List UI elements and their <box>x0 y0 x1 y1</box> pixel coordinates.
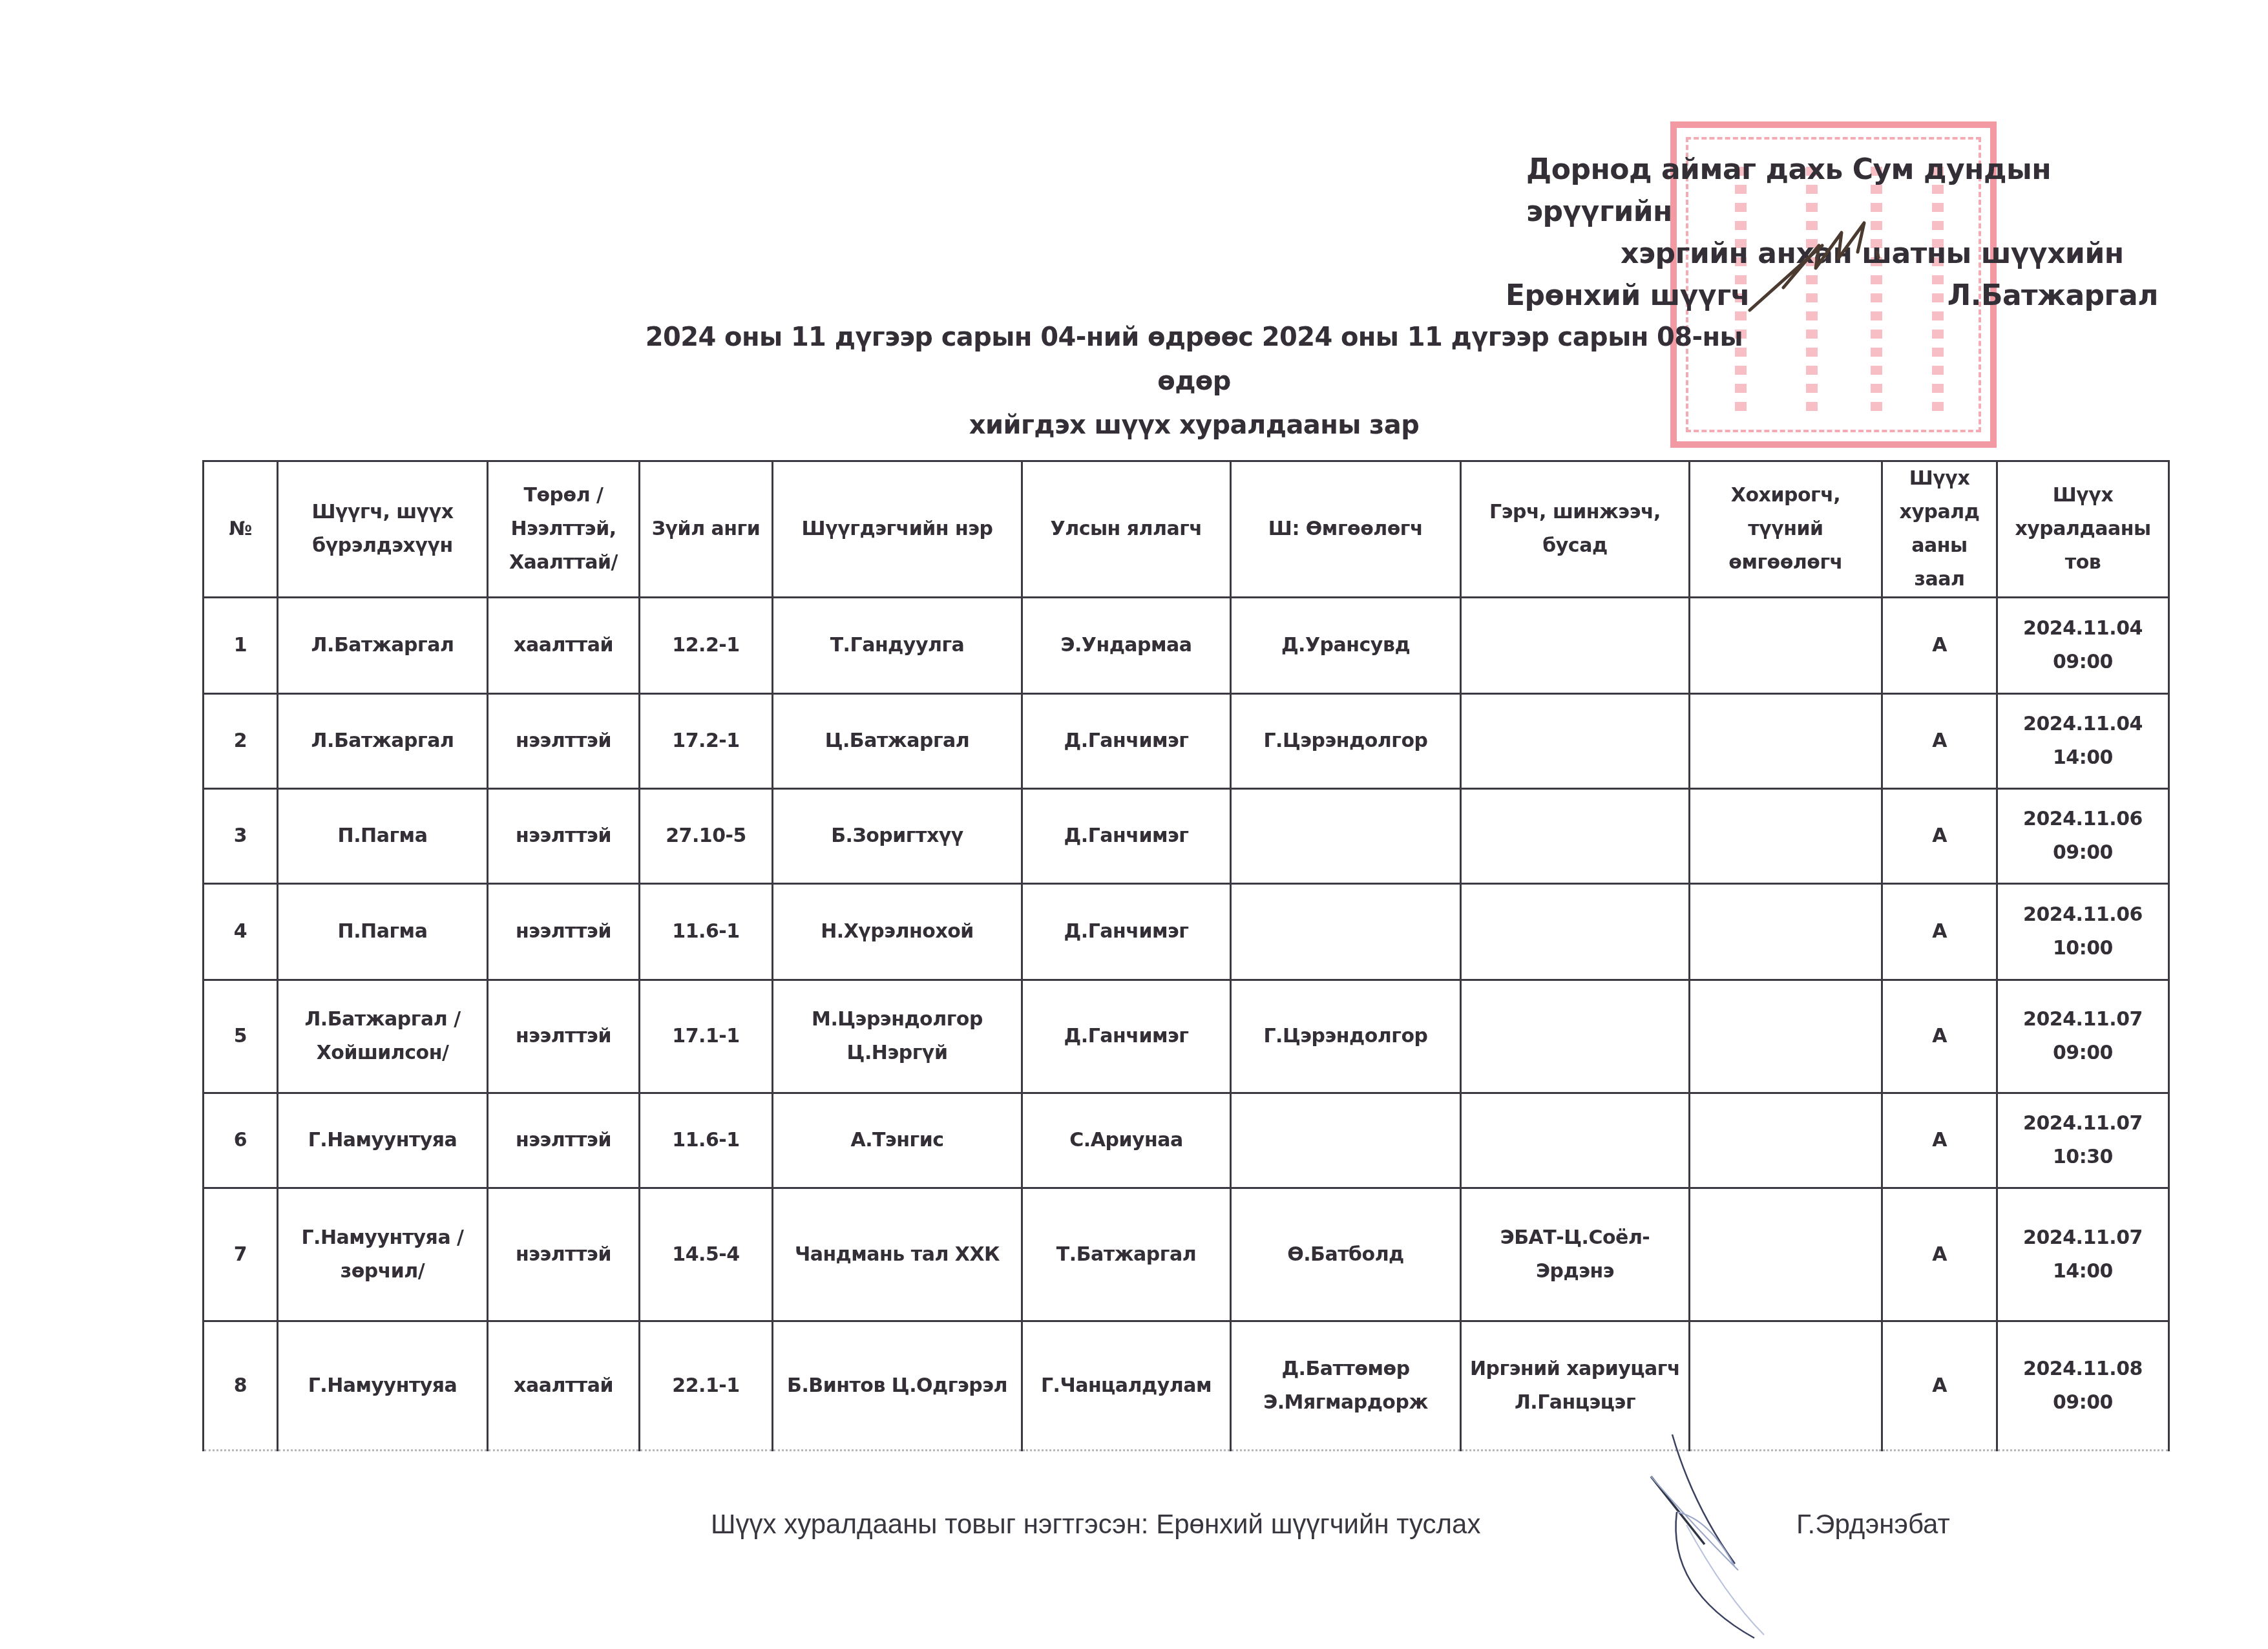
cell-hall: А <box>1882 789 1997 884</box>
cell-hearing-datetime: 2024.11.0409:00 <box>1997 598 2169 694</box>
hearing-date: 2024.11.07 <box>2002 1107 2164 1140</box>
cell-hall: А <box>1882 598 1997 694</box>
cell-prosecutor: Д.Ганчимэг <box>1022 789 1231 884</box>
hearing-date: 2024.11.07 <box>2002 1221 2164 1255</box>
cell-prosecutor: Д.Ганчимэг <box>1022 884 1231 980</box>
cell-type: нээлттэй <box>488 1093 640 1188</box>
table-row: 8Г.Намуунтуяахаалттай22.1-1Б.Винтов Ц.Од… <box>204 1321 2169 1451</box>
cell-witness <box>1461 694 1690 789</box>
cell-prosecutor: Э.Ундармаа <box>1022 598 1231 694</box>
cell-judge: Г.Намуунтуяа <box>278 1321 488 1451</box>
cell-witness <box>1461 884 1690 980</box>
cell-no: 4 <box>204 884 278 980</box>
cell-no: 7 <box>204 1188 278 1321</box>
column-header: Зүйл анги <box>640 461 773 598</box>
cell-defense: Д.Баттөмөр Э.Мягмардорж <box>1231 1321 1461 1451</box>
table-row: 7Г.Намуунтуяа /зөрчил/нээлттэй14.5-4Чанд… <box>204 1188 2169 1321</box>
column-header: Төрөл /Нээлттэй, Хаалттай/ <box>488 461 640 598</box>
assistant-name: Г.Эрдэнэбат <box>1796 1509 1950 1540</box>
cell-article: 14.5-4 <box>640 1188 773 1321</box>
cell-judge: Г.Намуунтуяа /зөрчил/ <box>278 1188 488 1321</box>
cell-defense: Г.Цэрэндолгор <box>1231 694 1461 789</box>
cell-defendant: Чандмань тал ХХК <box>773 1188 1022 1321</box>
cell-article: 11.6-1 <box>640 1093 773 1188</box>
cell-type: хаалттай <box>488 1321 640 1451</box>
cell-victim <box>1690 694 1882 789</box>
cell-victim <box>1690 980 1882 1093</box>
cell-judge: П.Пагма <box>278 884 488 980</box>
cell-defendant: Н.Хүрэлнохой <box>773 884 1022 980</box>
hearing-date: 2024.11.04 <box>2002 708 2164 741</box>
hearing-time: 10:00 <box>2002 932 2164 965</box>
cell-hearing-datetime: 2024.11.0414:00 <box>1997 694 2169 789</box>
cell-prosecutor: Т.Батжаргал <box>1022 1188 1231 1321</box>
cell-type: нээлттэй <box>488 884 640 980</box>
cell-no: 5 <box>204 980 278 1093</box>
cell-article: 22.1-1 <box>640 1321 773 1451</box>
cell-defendant: Б.Винтов Ц.Одгэрэл <box>773 1321 1022 1451</box>
hearing-time: 09:00 <box>2002 836 2164 870</box>
cell-hearing-datetime: 2024.11.0610:00 <box>1997 884 2169 980</box>
column-header: № <box>204 461 278 598</box>
cell-witness <box>1461 789 1690 884</box>
table-row: 1Л.Батжаргалхаалттай12.2-1Т.ГандуулгаЭ.У… <box>204 598 2169 694</box>
cell-type: нээлттэй <box>488 789 640 884</box>
hearing-date: 2024.11.06 <box>2002 803 2164 836</box>
cell-defense: Ө.Батболд <box>1231 1188 1461 1321</box>
hearing-date: 2024.11.06 <box>2002 898 2164 932</box>
hearing-schedule-table: №Шүүгч, шүүх бүрэлдэхүүнТөрөл /Нээлттэй,… <box>202 460 2170 1451</box>
cell-judge: Л.Батжаргал <box>278 694 488 789</box>
cell-article: 12.2-1 <box>640 598 773 694</box>
cell-defendant: А.Тэнгис <box>773 1093 1022 1188</box>
cell-witness <box>1461 1093 1690 1188</box>
cell-type: нээлттэй <box>488 980 640 1093</box>
cell-judge: Г.Намуунтуяа <box>278 1093 488 1188</box>
cell-defense <box>1231 1093 1461 1188</box>
hearing-time: 09:00 <box>2002 1386 2164 1420</box>
cell-article: 11.6-1 <box>640 884 773 980</box>
cell-victim <box>1690 884 1882 980</box>
cell-prosecutor: Г.Чанцалдулам <box>1022 1321 1231 1451</box>
cell-victim <box>1690 598 1882 694</box>
hearing-time: 10:30 <box>2002 1140 2164 1174</box>
table-row: 2Л.Батжаргалнээлттэй17.2-1Ц.БатжаргалД.Г… <box>204 694 2169 789</box>
cell-witness <box>1461 598 1690 694</box>
hearing-time: 09:00 <box>2002 646 2164 679</box>
hearing-date: 2024.11.08 <box>2002 1352 2164 1386</box>
title-line2: хийгдэх шүүх хуралдааны зар <box>632 403 1756 447</box>
column-header: Шүүх хуралдааны тов <box>1997 461 2169 598</box>
cell-judge: П.Пагма <box>278 789 488 884</box>
header-row: №Шүүгч, шүүх бүрэлдэхүүнТөрөл /Нээлттэй,… <box>204 461 2169 598</box>
table-row: 3П.Пагманээлттэй27.10-5Б.ЗоригтхүүД.Ганч… <box>204 789 2169 884</box>
cell-hall: А <box>1882 884 1997 980</box>
assistant-signature-icon <box>1615 1428 1770 1648</box>
cell-hall: А <box>1882 980 1997 1093</box>
cell-type: нээлттэй <box>488 694 640 789</box>
cell-hearing-datetime: 2024.11.0709:00 <box>1997 980 2169 1093</box>
judge-name: Л.Батжаргал <box>1948 275 2158 317</box>
cell-hall: А <box>1882 1188 1997 1321</box>
table-row: 5Л.Батжаргал /Хойшилсон/нээлттэй17.1-1М.… <box>204 980 2169 1093</box>
cell-hearing-datetime: 2024.11.0809:00 <box>1997 1321 2169 1451</box>
cell-victim <box>1690 1093 1882 1188</box>
column-header: Шүүгч, шүүх бүрэлдэхүүн <box>278 461 488 598</box>
footer: Шүүх хуралдааны товыг нэгтгэсэн: Ерөнхий… <box>711 1509 2068 1540</box>
cell-hall: А <box>1882 694 1997 789</box>
hearing-date: 2024.11.04 <box>2002 612 2164 646</box>
compiled-by-label: Шүүх хуралдааны товыг нэгтгэсэн: Ерөнхий… <box>711 1509 1480 1539</box>
column-header: Гэрч, шинжээч, бусад <box>1461 461 1690 598</box>
cell-defendant: М.Цэрэндолгор Ц.Нэргүй <box>773 980 1022 1093</box>
cell-defense <box>1231 884 1461 980</box>
cell-judge: Л.Батжаргал /Хойшилсон/ <box>278 980 488 1093</box>
hearing-time: 14:00 <box>2002 741 2164 775</box>
cell-hall: А <box>1882 1093 1997 1188</box>
column-header: Шүүх хуралд ааны заал <box>1882 461 1997 598</box>
page-title: 2024 оны 11 дүгээр сарын 04-ний өдрөөс 2… <box>632 315 1756 447</box>
cell-article: 27.10-5 <box>640 789 773 884</box>
cell-hearing-datetime: 2024.11.0609:00 <box>1997 789 2169 884</box>
column-header: Шүүгдэгчийн нэр <box>773 461 1022 598</box>
cell-defendant: Ц.Батжаргал <box>773 694 1022 789</box>
table-row: 4П.Пагманээлттэй11.6-1Н.ХүрэлнохойД.Ганч… <box>204 884 2169 980</box>
cell-witness: ЭБАТ-Ц.Соёл-Эрдэнэ <box>1461 1188 1690 1321</box>
hearing-date: 2024.11.07 <box>2002 1003 2164 1036</box>
title-line1: 2024 оны 11 дүгээр сарын 04-ний өдрөөс 2… <box>632 315 1756 403</box>
cell-defense: Д.Урансувд <box>1231 598 1461 694</box>
cell-hall: А <box>1882 1321 1997 1451</box>
cell-victim <box>1690 1188 1882 1321</box>
column-header: Улсын яллагч <box>1022 461 1231 598</box>
cell-prosecutor: Д.Ганчимэг <box>1022 694 1231 789</box>
cell-victim <box>1690 789 1882 884</box>
column-header: Ш: Өмгөөлөгч <box>1231 461 1461 598</box>
judge-position: Ерөнхий шүүгч <box>1506 275 1750 317</box>
hearing-time: 14:00 <box>2002 1255 2164 1288</box>
cell-hearing-datetime: 2024.11.0714:00 <box>1997 1188 2169 1321</box>
cell-defense: Г.Цэрэндолгор <box>1231 980 1461 1093</box>
cell-defense <box>1231 789 1461 884</box>
cell-prosecutor: Д.Ганчимэг <box>1022 980 1231 1093</box>
cell-judge: Л.Батжаргал <box>278 598 488 694</box>
cell-type: хаалттай <box>488 598 640 694</box>
cell-no: 2 <box>204 694 278 789</box>
judge-signature-icon <box>1745 220 1913 317</box>
cell-prosecutor: С.Ариунаа <box>1022 1093 1231 1188</box>
table-row: 6Г.Намуунтуяанээлттэй11.6-1А.ТэнгисС.Ари… <box>204 1093 2169 1188</box>
cell-article: 17.2-1 <box>640 694 773 789</box>
column-header: Хохирогч, түүний өмгөөлөгч <box>1690 461 1882 598</box>
cell-article: 17.1-1 <box>640 980 773 1093</box>
cell-no: 6 <box>204 1093 278 1188</box>
cell-no: 3 <box>204 789 278 884</box>
cell-hearing-datetime: 2024.11.0710:30 <box>1997 1093 2169 1188</box>
cell-no: 8 <box>204 1321 278 1451</box>
hearing-time: 09:00 <box>2002 1036 2164 1070</box>
cell-defendant: Б.Зоригтхүү <box>773 789 1022 884</box>
cell-defendant: Т.Гандуулга <box>773 598 1022 694</box>
cell-witness <box>1461 980 1690 1093</box>
cell-no: 1 <box>204 598 278 694</box>
cell-type: нээлттэй <box>488 1188 640 1321</box>
